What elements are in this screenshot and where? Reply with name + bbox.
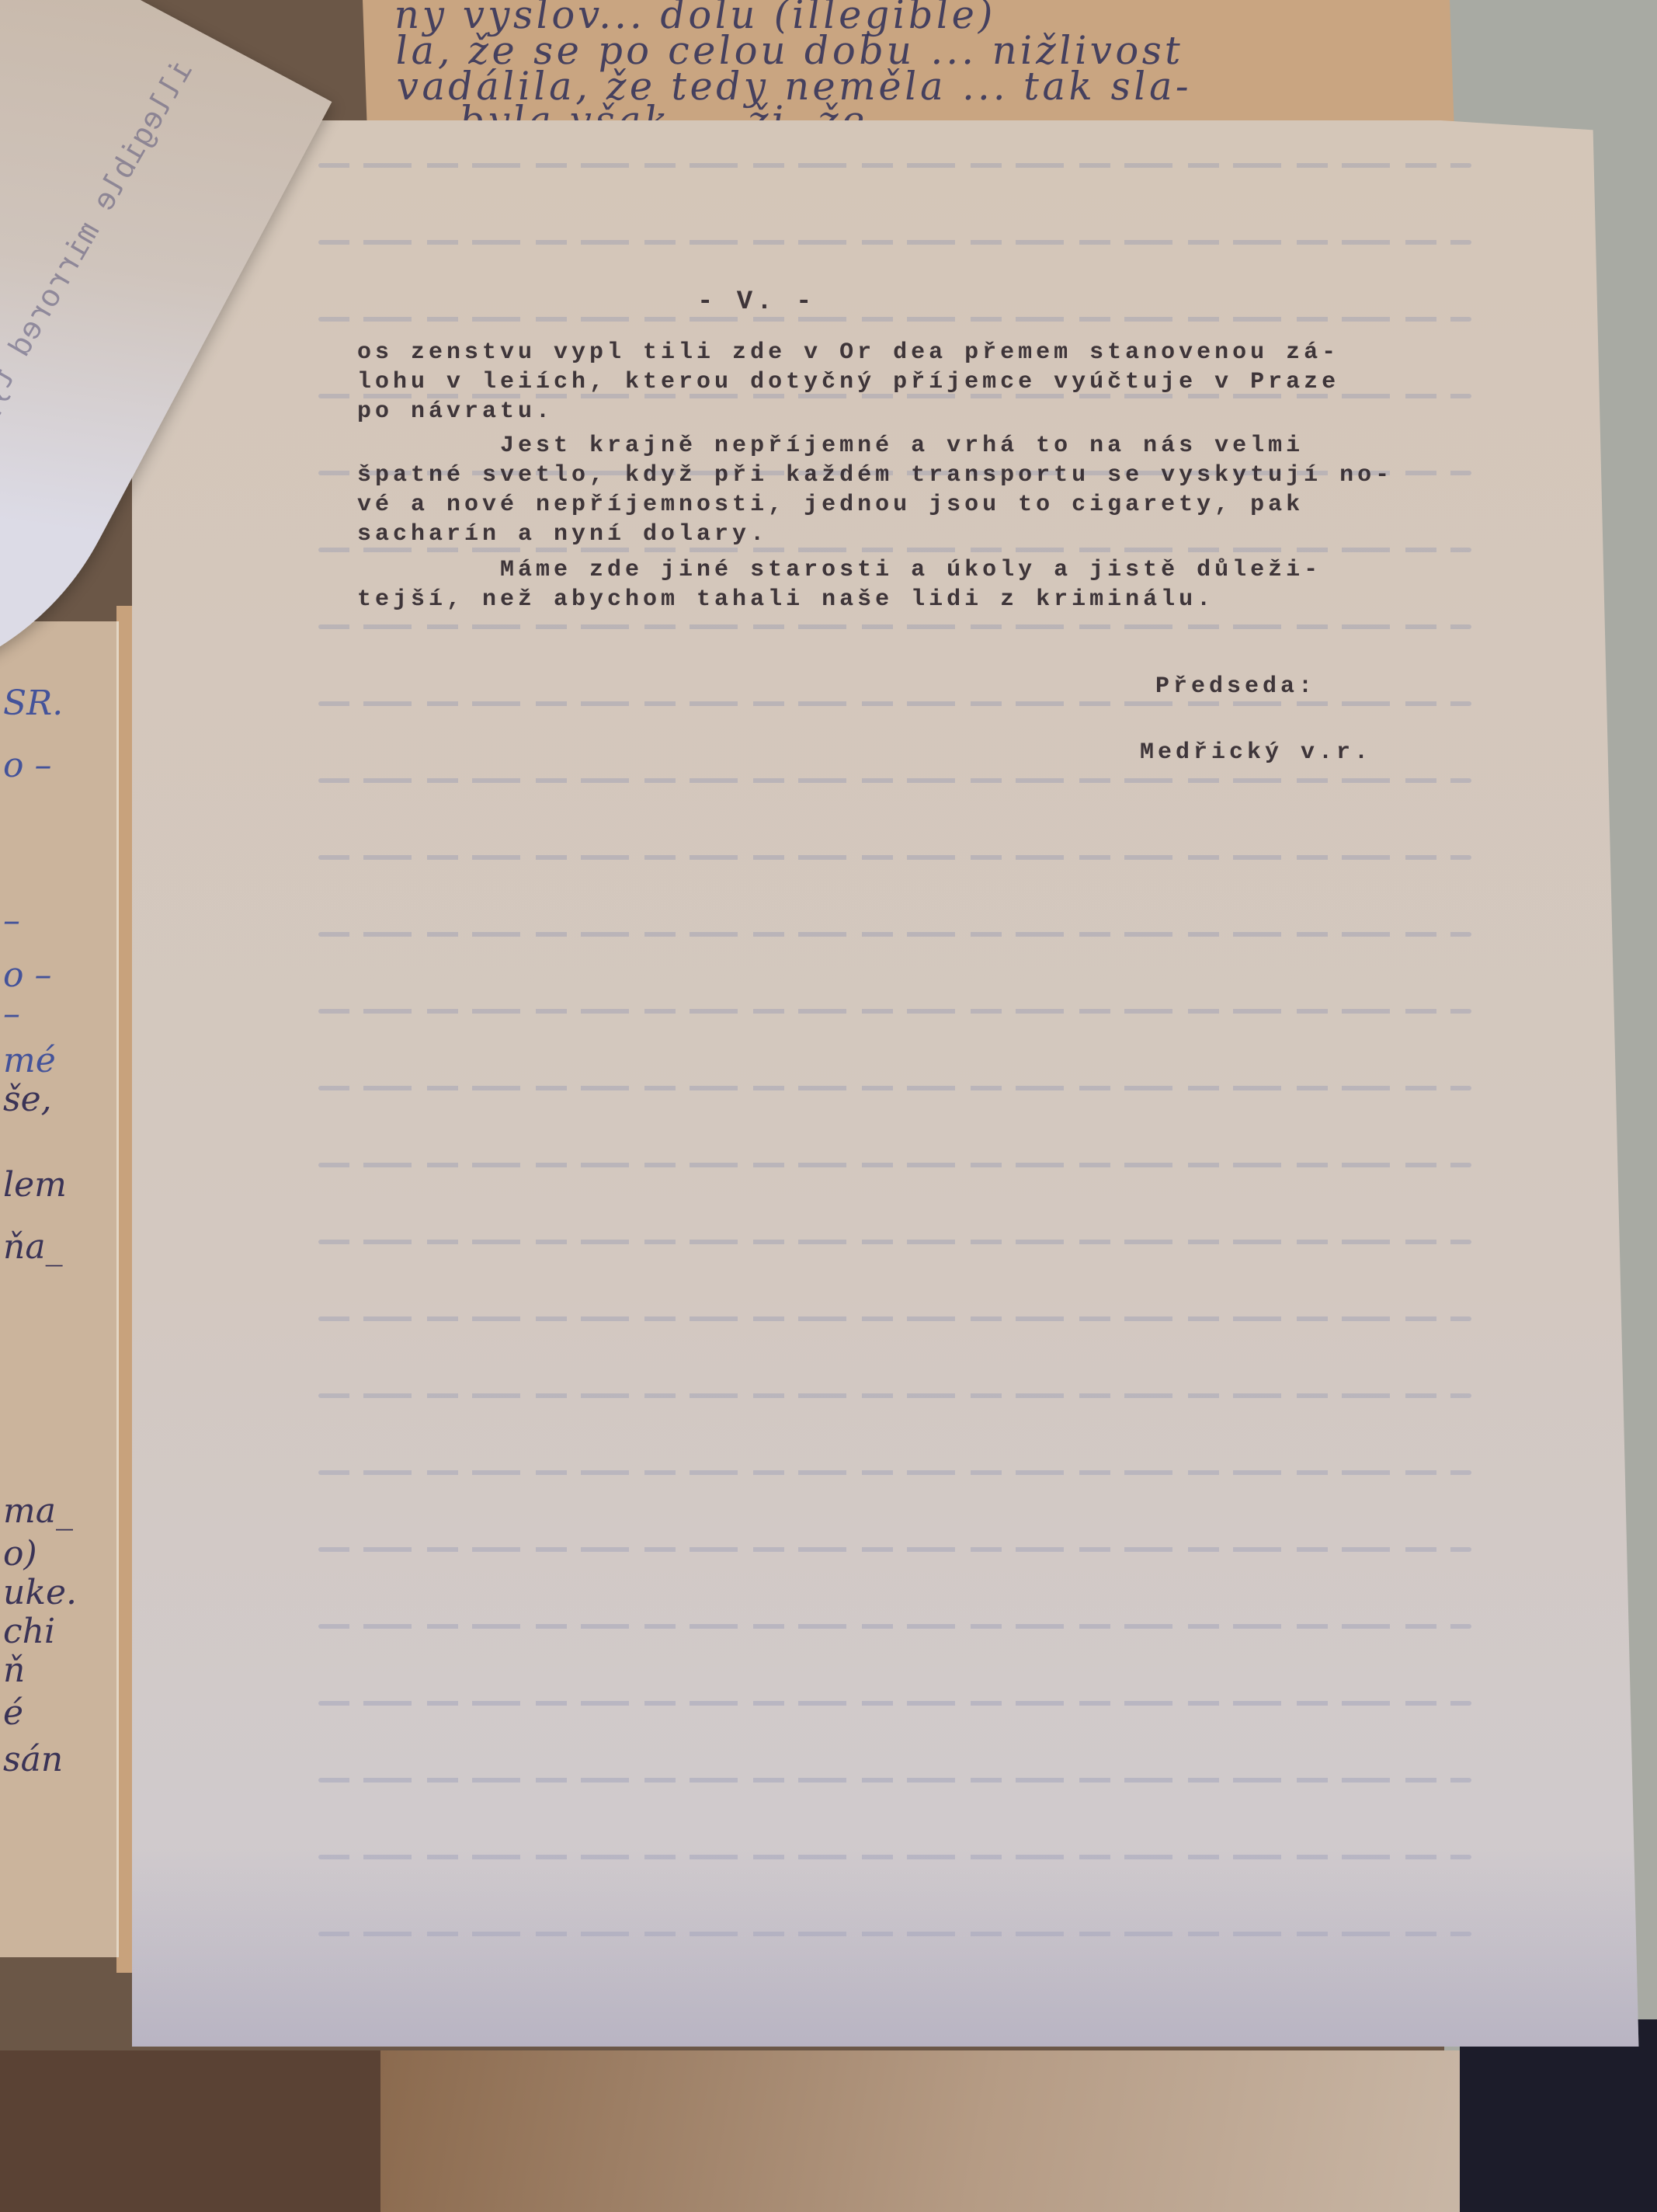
margin-fragment: o – (3, 955, 51, 995)
paragraph-1: os zenstvu vypl tili zde v Or dea přemem… (357, 338, 1339, 426)
text-line: Máme zde jiné starosti a úkoly a jistě d… (357, 555, 1322, 585)
text-line: os zenstvu vypl tili zde v Or dea přemem… (357, 338, 1339, 367)
margin-fragment: mé (3, 1041, 56, 1080)
text-line: sacharín a nyní dolary. (357, 520, 1393, 549)
margin-fragment: é (3, 1693, 23, 1733)
margin-fragment: chi (3, 1612, 55, 1651)
signature-name: Medřický v.r. (1140, 738, 1372, 767)
paragraph-2: Jest krajně nepříjemné a vrhá to na nás … (357, 431, 1393, 549)
margin-fragment: SR. (3, 683, 63, 723)
margin-fragment: še, (3, 1080, 52, 1119)
text-line: lohu v leiích, kterou dotyčný příjemce v… (357, 367, 1339, 397)
paragraph-3: Máme zde jiné starosti a úkoly a jistě d… (357, 555, 1322, 614)
margin-fragment: sán (3, 1740, 63, 1779)
text-line: špatné svetlo, když při každém transport… (357, 461, 1393, 490)
margin-fragment: ma_ (3, 1491, 73, 1531)
text-line: Jest krajně nepříjemné a vrhá to na nás … (357, 431, 1393, 461)
margin-fragment: uke. (3, 1573, 77, 1612)
cloth-underlay (380, 2050, 1468, 2212)
margin-fragment: – (3, 901, 20, 941)
margin-fragment: – (3, 994, 20, 1034)
onion-skin-page: - V. - os zenstvu vypl tili zde v Or dea… (132, 120, 1654, 2047)
signature-title: Předseda: (1155, 672, 1316, 701)
handwritten-sheet-left: SR. o – – o – – mé še, lem ňa_ ma_ o) uk… (0, 621, 119, 1957)
handwritten-sheet-top: ny vyslov... dolu (illegible) la, že se … (363, 0, 1454, 132)
margin-fragment: o) (3, 1534, 37, 1574)
margin-fragment: o – (3, 746, 51, 785)
text-line: tejší, než abychom tahali naše lidi z kr… (357, 585, 1322, 614)
margin-fragment: lem (3, 1165, 67, 1205)
dark-corner (1460, 2019, 1657, 2212)
page-number: - V. - (697, 287, 815, 317)
margin-fragment: ňa_ (3, 1227, 63, 1267)
margin-fragment: ň (3, 1650, 25, 1690)
page-bottom-shadow (132, 1845, 1654, 2047)
text-line: po návratu. (357, 397, 1339, 426)
text-line: vé a nové nepříjemnosti, jednou jsou to … (357, 490, 1393, 520)
